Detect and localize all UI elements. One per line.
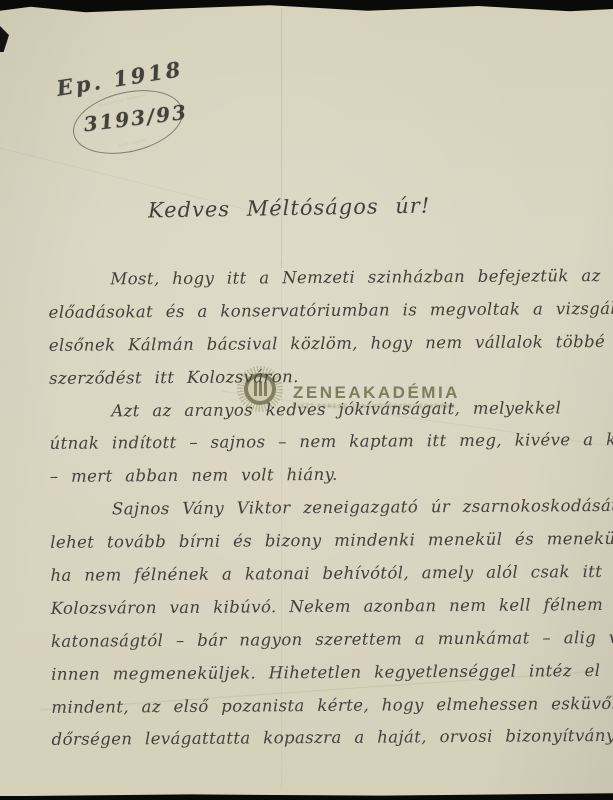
letter-line: elsőnek Kálmán bácsival közlöm, hogy nem… — [49, 326, 579, 363]
letter-line: szerződést itt Kolozsváron. — [49, 359, 579, 396]
letter-line: dőrségen levágattatta kopaszra a haját, … — [51, 721, 581, 758]
letter-line: előadásokat és a konservatóriumban is me… — [49, 293, 579, 330]
letter-line: Azt az aranyos kedves jókívánságait, mel… — [49, 392, 579, 429]
letter-line: katonaságtól – bár nagyon szerettem a mu… — [51, 622, 581, 659]
paper-fold-line — [281, 8, 282, 268]
letter-line: útnak indított – sajnos – nem kaptam itt… — [49, 425, 579, 462]
letter-line: mindent, az első pozanista kérte, hogy e… — [51, 688, 581, 725]
letter-line: ha nem félnének a katonai behívótól, ame… — [50, 556, 580, 593]
letter-line: Kolozsváron van kibúvó. Nekem azonban ne… — [51, 589, 581, 626]
letter-body: Most, hogy itt a Nemzeti szinházban befe… — [48, 260, 581, 757]
letter-salutation: Kedves Méltóságos úr! — [148, 194, 431, 223]
letter-line: lehet tovább bírni és bizony mindenki me… — [50, 523, 580, 560]
letter-line: – mert abban nem volt hiány. — [50, 457, 580, 494]
letter-line: Most, hogy itt a Nemzeti szinházban befe… — [48, 260, 578, 297]
letter-line: innen megmeneküljek. Hihetetlen kegyetle… — [51, 655, 581, 692]
scanned-letter-page: Ep. 1918 ·········· ········ 3193/93 ···… — [0, 0, 613, 800]
letter-line: Sajnos Vány Viktor zeneigazgató úr zsarn… — [50, 490, 580, 527]
